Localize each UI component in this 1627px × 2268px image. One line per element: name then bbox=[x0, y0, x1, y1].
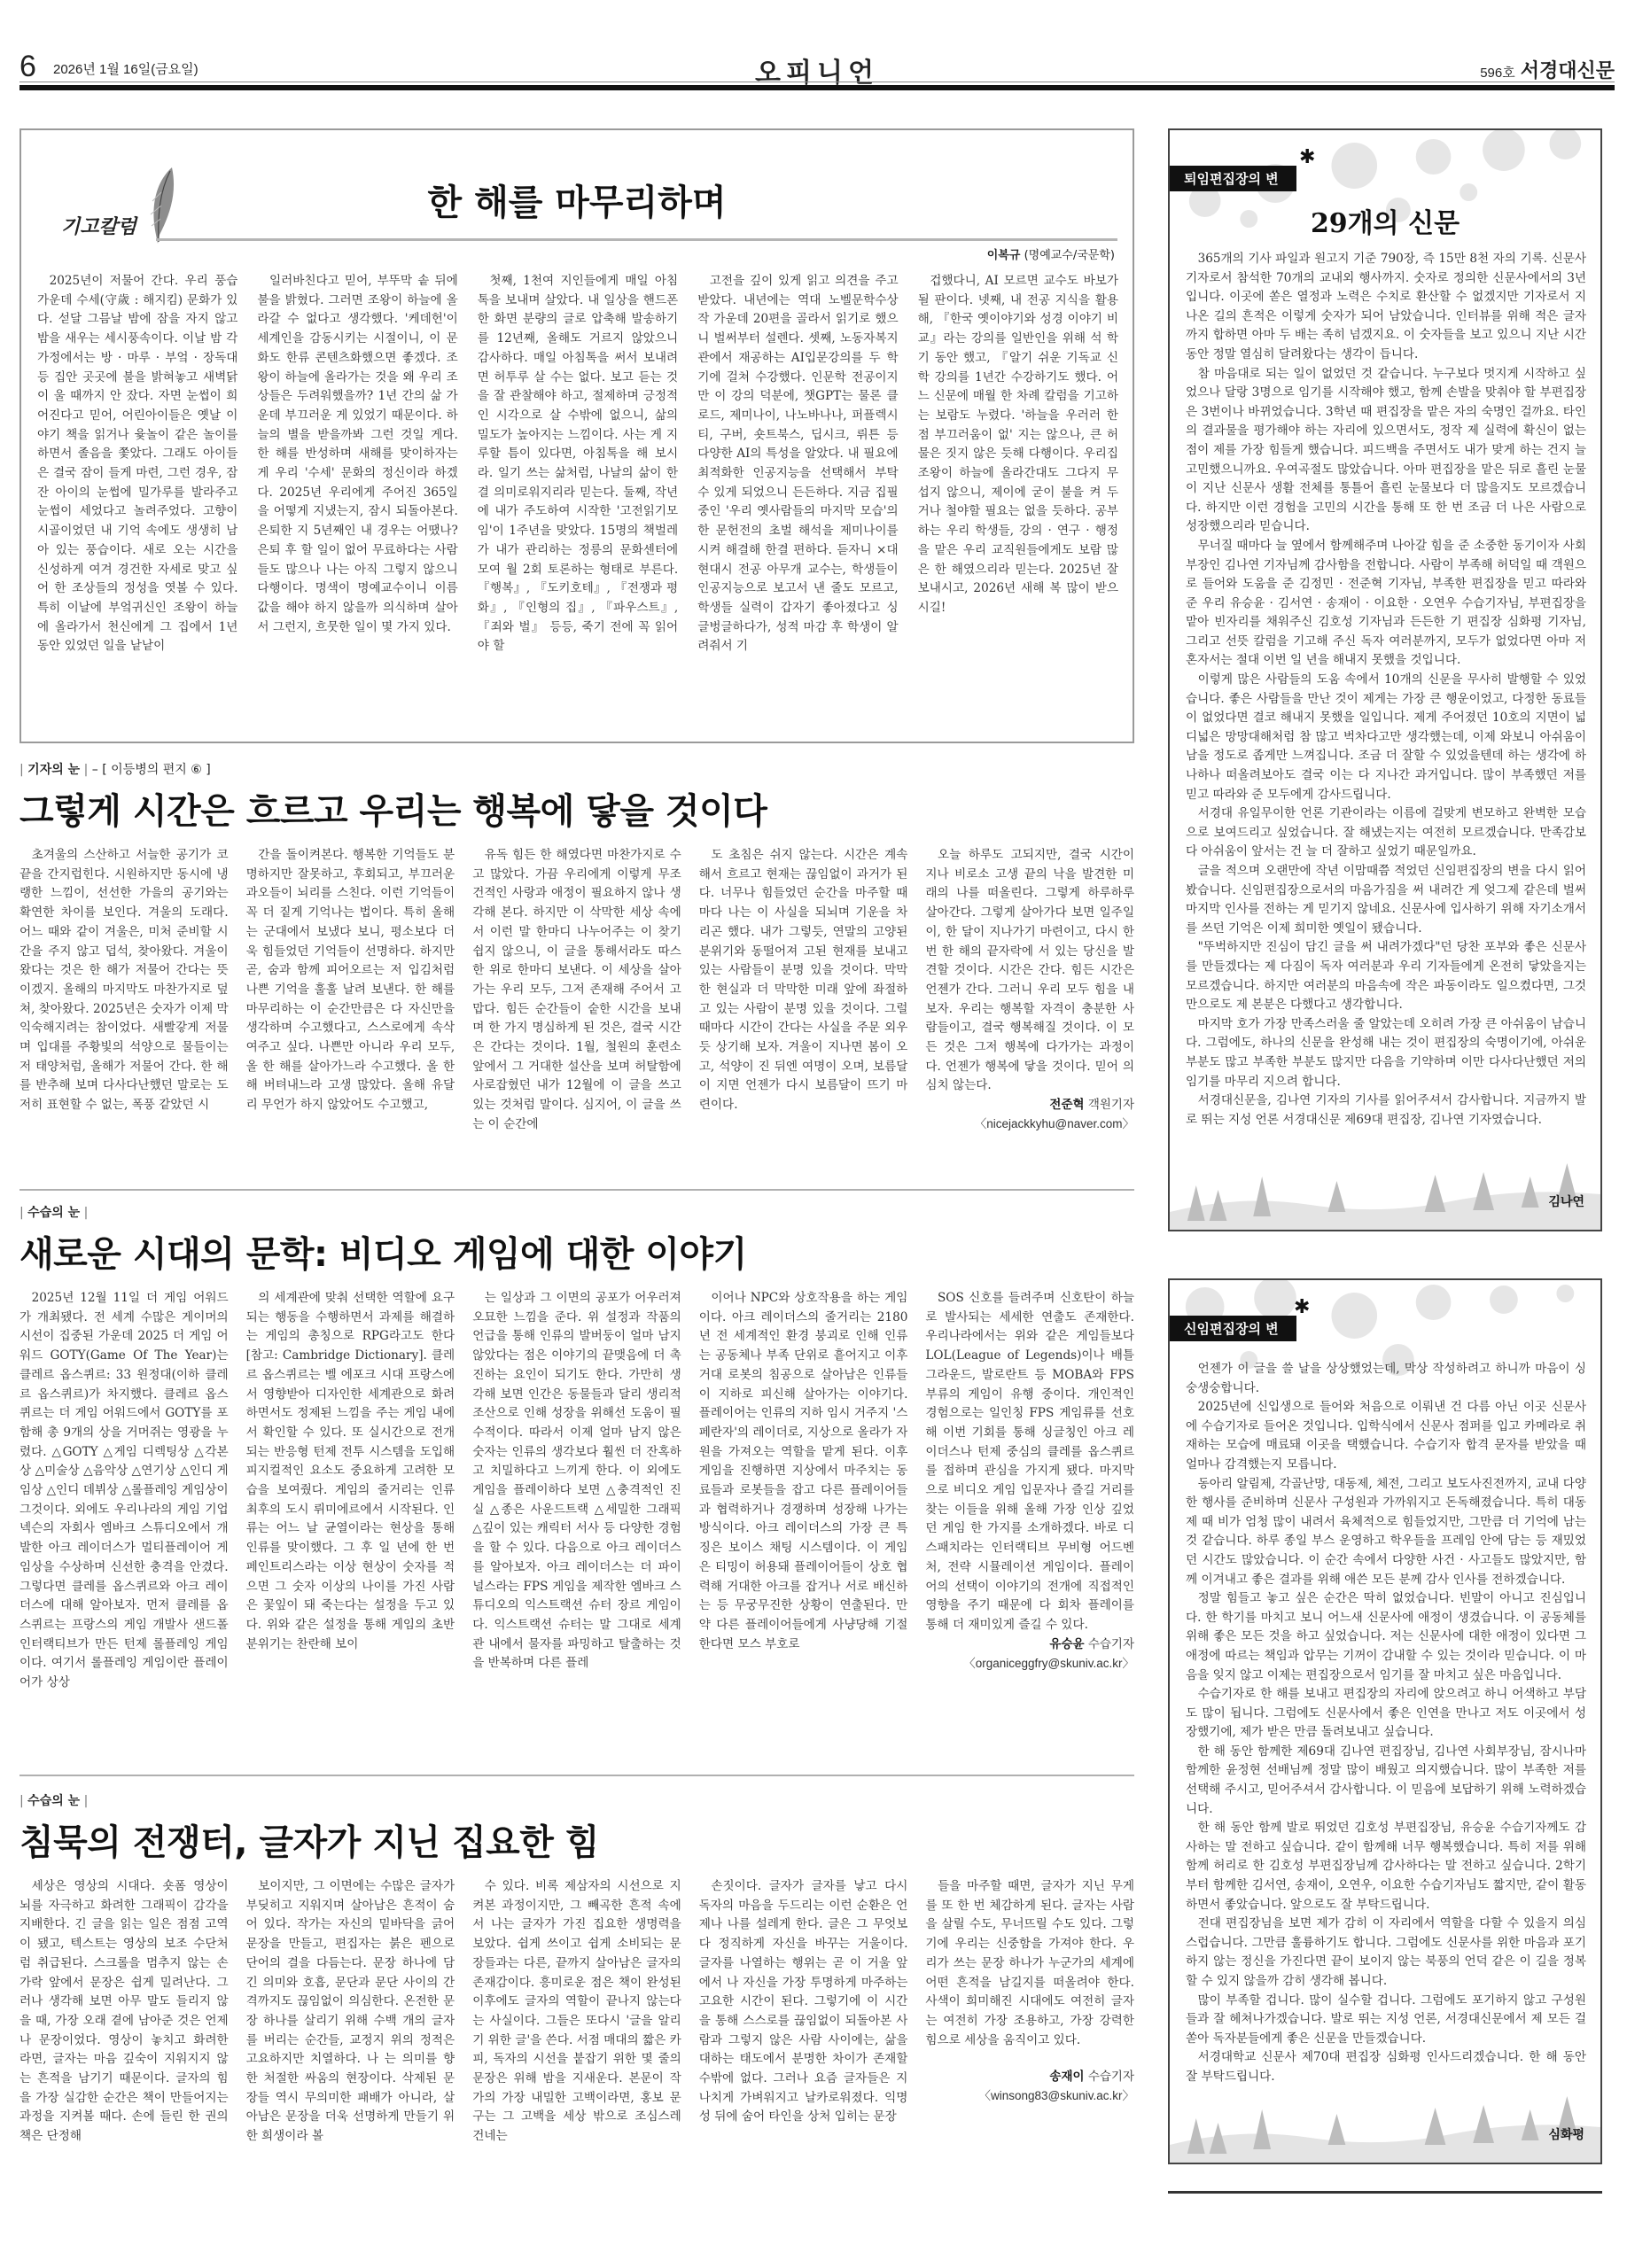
incoming-editor-label: 신임편집장의 변 bbox=[1170, 1316, 1296, 1341]
text-column: 겁했다니, AI 모르면 교수도 바보가 될 판이다. 넷째, 내 전공 지식을… bbox=[918, 272, 1118, 733]
text-column: 보이지만, 그 이면에는 수많은 글자가 부딪히고 지워지며 살아남은 흔적이 … bbox=[246, 1877, 455, 2267]
masthead-divider-thin bbox=[19, 82, 1615, 82]
article-kicker: | 수습의 눈 | bbox=[19, 1203, 1134, 1221]
paper-name: 서경대신문 bbox=[1521, 60, 1615, 82]
text-column: 고전을 깊이 있게 읽고 의견을 주고받았다. 내년에는 역대 노벨문학수상작 … bbox=[697, 272, 898, 733]
text-column: 초겨울의 스산하고 서늘한 공기가 코끝을 간지럽힌다. 시원하지만 동시에 냉… bbox=[19, 846, 229, 1196]
author-byline: 전준혁 객원기자 bbox=[925, 1096, 1134, 1115]
text-column: 도 초침은 쉬지 않는다. 시간은 계속해서 흐르고 현재는 끊임없이 과거가 … bbox=[699, 846, 908, 1196]
article-kicker: | 수습의 눈 | bbox=[19, 1791, 1134, 1809]
bottom-divider bbox=[1168, 2191, 1602, 2194]
text-column: 이어나 NPC와 상호작용을 하는 게임이다. 아크 레이더스의 줄거리는 21… bbox=[699, 1289, 908, 1798]
section-divider bbox=[19, 1775, 1134, 1776]
pine-trees-decoration-icon bbox=[1170, 1150, 1600, 1230]
outgoing-editor-title: 29개의 신문 bbox=[1170, 201, 1600, 240]
author-name: 이복규 bbox=[987, 249, 1021, 262]
guest-column-body: 2025년이 저물어 간다. 우리 풍습 가운데 수세(守歲 : 해지킴) 문화… bbox=[37, 272, 1118, 733]
issue-info: 596호서경대신문 bbox=[1480, 56, 1615, 83]
article-trainee-eye-letters: | 수습의 눈 | 침묵의 전쟁터, 글자가 지닌 집요한 힘 세상은 영상의 … bbox=[19, 1791, 1134, 2267]
article-body: 세상은 영상의 시대다. 숏폼 영상이 뇌를 자극하고 화려한 그래픽이 감각을… bbox=[19, 1877, 1134, 2267]
guest-column: 기고칼럼 한 해를 마무리하며 이복규 (명예교수/국문학) 2025년이 저물… bbox=[19, 128, 1134, 743]
article-trainee-eye-games: | 수습의 눈 | 새로운 시대의 문학: 비디오 게임에 대한 이야기 202… bbox=[19, 1203, 1134, 1798]
article-headline: 그렇게 시간은 흐르고 우리는 행복에 닿을 것이다 bbox=[19, 783, 1134, 834]
asterisk-icon: ✱ bbox=[1299, 146, 1315, 168]
article-kicker: | 기자의 눈 | – [ 이등병의 편지 ⑥ ] bbox=[19, 760, 1134, 778]
text-column: 세상은 영상의 시대다. 숏폼 영상이 뇌를 자극하고 화려한 그래픽이 감각을… bbox=[19, 1877, 229, 2267]
section-title: 오피니언 bbox=[19, 50, 1615, 89]
outgoing-editor-body: 365개의 기사 파일과 원고지 기준 790장, 즉 15만 8천 자의 기록… bbox=[1186, 250, 1586, 1162]
text-column: 간을 돌이켜본다. 행복한 기억들도 분명하지만 잘못하고, 후회되고, 부끄러… bbox=[246, 846, 455, 1196]
section-divider bbox=[19, 1189, 1134, 1191]
outgoing-editor-label: 퇴임편집장의 변 bbox=[1170, 166, 1296, 191]
text-column: 2025년이 저물어 간다. 우리 풍습 가운데 수세(守歲 : 해지킴) 문화… bbox=[37, 272, 237, 733]
text-column: 첫째, 1천여 지인들에게 매일 아침톡을 보내며 살았다. 내 일상을 핸드폰… bbox=[478, 272, 678, 733]
article-body: 초겨울의 스산하고 서늘한 공기가 코끝을 간지럽힌다. 시원하지만 동시에 냉… bbox=[19, 846, 1134, 1196]
text-column: 일러바친다고 믿어, 부뚜막 솥 뒤에 불을 밝혔다. 그러면 조왕이 하늘에 … bbox=[257, 272, 457, 733]
author-email[interactable]: 〈organiceggfry@skuniv.ac.kr〉 bbox=[925, 1654, 1134, 1673]
text-column: 들을 마주할 때면, 글자가 지닌 무게를 또 한 번 체감하게 된다. 글자는… bbox=[925, 1877, 1134, 2267]
text-column: 2025년 12월 11일 더 게임 어워드가 개최됐다. 전 세계 수많은 게… bbox=[19, 1289, 229, 1798]
asterisk-icon: ✱ bbox=[1294, 1296, 1310, 1318]
author-byline: 유승윤 수습기자 bbox=[925, 1635, 1134, 1654]
article-headline: 새로운 시대의 문학: 비디오 게임에 대한 이야기 bbox=[19, 1226, 1134, 1277]
text-column: 오늘 하루도 고되지만, 결국 시간이 지나 비로소 고생 끝의 낙을 발견한 … bbox=[925, 846, 1134, 1196]
author-byline: 송재이 수습기자 bbox=[925, 2068, 1134, 2086]
text-column: SOS 신호를 들려주며 신호탄이 하늘로 발사되는 세세한 연출도 존재한다.… bbox=[925, 1289, 1134, 1798]
author-role: (명예교수/국문학) bbox=[1024, 249, 1115, 262]
incoming-editor-signature: 심화평 bbox=[1548, 2125, 1584, 2143]
guest-column-byline: 이복규 (명예교수/국문학) bbox=[987, 245, 1115, 262]
article-headline: 침묵의 전쟁터, 글자가 지닌 집요한 힘 bbox=[19, 1814, 1134, 1865]
masthead-divider bbox=[19, 85, 1615, 90]
guest-column-title: 한 해를 마무리하며 bbox=[21, 175, 1133, 225]
text-column: 의 세계관에 맞춰 선택한 역할에 요구되는 행동을 수행하면서 과제를 해결하… bbox=[246, 1289, 455, 1798]
pine-trees-decoration-icon bbox=[1170, 2083, 1600, 2163]
guest-title-rule bbox=[156, 238, 1117, 241]
incoming-editor-box: ✱ 신임편집장의 변 언젠가 이 글을 쓸 날을 상상했었는데, 막상 작성하려… bbox=[1168, 1278, 1602, 2164]
outgoing-editor-signature: 김나연 bbox=[1548, 1192, 1584, 1210]
text-column: 손짓이다. 글자가 글자를 낳고 다시 독자의 마음을 두드리는 이런 순환은 … bbox=[699, 1877, 908, 2267]
author-email[interactable]: 〈winsong83@skuniv.ac.kr〉 bbox=[925, 2086, 1134, 2105]
issue-number: 596호 bbox=[1480, 66, 1515, 81]
article-body: 2025년 12월 11일 더 게임 어워드가 개최됐다. 전 세계 수많은 게… bbox=[19, 1289, 1134, 1798]
text-column: 수 있다. 비록 제삼자의 시선으로 지켜본 과정이지만, 그 빼곡한 흔적 속… bbox=[472, 1877, 681, 2267]
text-column: 유독 힘든 한 해였다면 마찬가지로 수고 많았다. 가끔 우리에게 이렇게 무… bbox=[472, 846, 681, 1196]
incoming-editor-body: 언젠가 이 글을 쓸 날을 상상했었는데, 막상 작성하려고 하니까 마음이 싱… bbox=[1186, 1360, 1586, 2104]
article-reporter-eye: | 기자의 눈 | – [ 이등병의 편지 ⑥ ] 그렇게 시간은 흐르고 우리… bbox=[19, 760, 1134, 1196]
text-column: 는 일상과 그 이면의 공포가 어우러져 오묘한 느낌을 준다. 위 설정과 작… bbox=[472, 1289, 681, 1798]
outgoing-editor-box: ✱ 퇴임편집장의 변 29개의 신문 365개의 기사 파일과 원고지 기준 7… bbox=[1168, 128, 1602, 1231]
series-label: – [ 이등병의 편지 ⑥ ] bbox=[92, 763, 211, 777]
author-email[interactable]: 〈nicejackkyhu@naver.com〉 bbox=[925, 1115, 1134, 1133]
